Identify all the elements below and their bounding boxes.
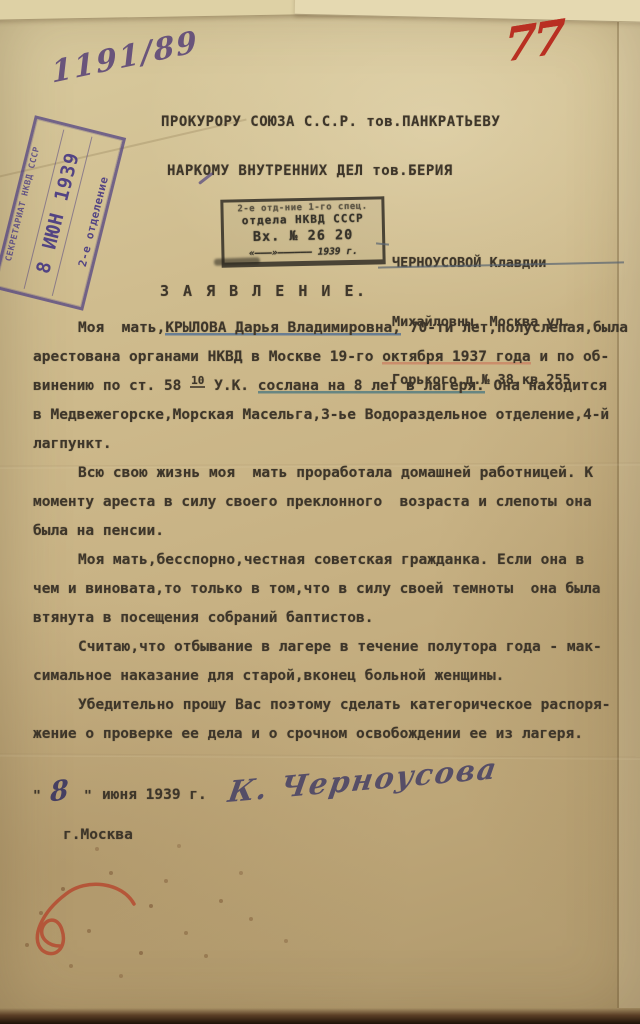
body-line: симальное наказание для старой,вконец бо… <box>33 662 615 691</box>
sender-name-struck: ЧЕРНОУСОВОЙ Клавдии <box>392 254 546 274</box>
fold-crease <box>0 753 640 759</box>
text-segment: и по об- <box>531 349 610 365</box>
handwritten-day: 8 <box>50 774 69 809</box>
body-text: Моя мать,КРЫЛОВА Дарья Владимировна, 70-… <box>33 314 615 749</box>
secretariat-date-stamp: СЕКРЕТАРИАТ НКВД СССР 8 ИЮН 1939 2-е отд… <box>0 115 126 310</box>
body-line: Всю свою жизнь моя мать проработала дома… <box>33 459 615 488</box>
handwritten-signature: К. Черноусова <box>226 751 501 809</box>
sender-name-line: ЧЕРНОУСОВОЙ Клавдии <box>392 254 571 274</box>
text-segment: винению по ст. 58 <box>33 378 190 394</box>
article-superscript: 10 <box>190 376 205 388</box>
text-segment: Моя мать, <box>78 320 165 336</box>
date-quote-close: " <box>84 789 92 804</box>
body-line: Считаю,что отбывание в лагере в течение … <box>33 633 615 662</box>
underlined-date: октября 1937 года <box>382 349 530 365</box>
body-line: втянута в посещения собраний баптистов. <box>33 604 615 633</box>
body-line: Моя мать,КРЫЛОВА Дарья Владимировна, 70-… <box>33 314 615 343</box>
red-pencil-mark <box>12 876 152 971</box>
stamp-frame: СЕКРЕТАРИАТ НКВД СССР 8 ИЮН 1939 2-е отд… <box>0 115 126 310</box>
document-scan: 1191/89 77 СЕКРЕТАРИАТ НКВД СССР 8 ИЮН 1… <box>0 0 640 1024</box>
body-line: в Медвежегорске,Морская Масельга,3-ье Во… <box>33 401 615 430</box>
body-line: жение о проверке ее дела и о срочном осв… <box>33 720 615 749</box>
body-line: была на пенсии. <box>33 517 615 546</box>
intake-stamp-number: Вх. № 26 20 <box>226 226 380 245</box>
recipient-line-prosecutor: ПРОКУРОРУ СОЮЗА С.С.Р. тов.ПАНКРАТЬЕВУ <box>161 114 500 130</box>
body-line: Убедительно прошу Вас поэтому сделать ка… <box>33 691 615 720</box>
document-title: З А Я В Л Е Н И Е. <box>160 282 368 300</box>
date-quote-open: " <box>33 789 41 804</box>
typed-date: июня 1939 г. <box>102 787 207 803</box>
body-line: чем и виновата,то только в том,что в сил… <box>33 575 615 604</box>
underlined-sentence: сослана на 8 лет в лагеря. <box>258 378 485 394</box>
page-edge-bottom <box>0 1008 640 1024</box>
body-line: винению по ст. 58 10 У.К. сослана на 8 л… <box>33 372 615 401</box>
body-line: лагпункт. <box>33 430 615 459</box>
text-segment: У.К. <box>205 378 257 394</box>
body-line: моменту ареста в силу своего преклонного… <box>33 488 615 517</box>
paper-speckles <box>0 0 2 2</box>
handwritten-file-number: 1191/89 <box>50 24 199 90</box>
underlying-page-band <box>619 22 640 1008</box>
recipient-line-narkom: НАРКОМУ ВНУТРЕННИХ ДЕЛ тов.БЕРИЯ <box>167 163 453 179</box>
text-segment: 70-ти лет,полуслепая,была <box>401 320 628 336</box>
underlined-name: КРЫЛОВА Дарья Владимировна, <box>165 320 401 336</box>
page-edge-top-right <box>295 0 640 23</box>
handwritten-page-number: 77 <box>504 9 562 73</box>
text-segment: Она находится <box>485 378 607 394</box>
body-line: арестована органами НКВД в Москве 19-го … <box>33 343 615 372</box>
body-line: Моя мать,бесспорно,честная советская гра… <box>33 546 615 575</box>
typed-city: г.Москва <box>63 827 133 843</box>
text-segment: арестована органами НКВД в Москве 19-го <box>33 349 382 365</box>
